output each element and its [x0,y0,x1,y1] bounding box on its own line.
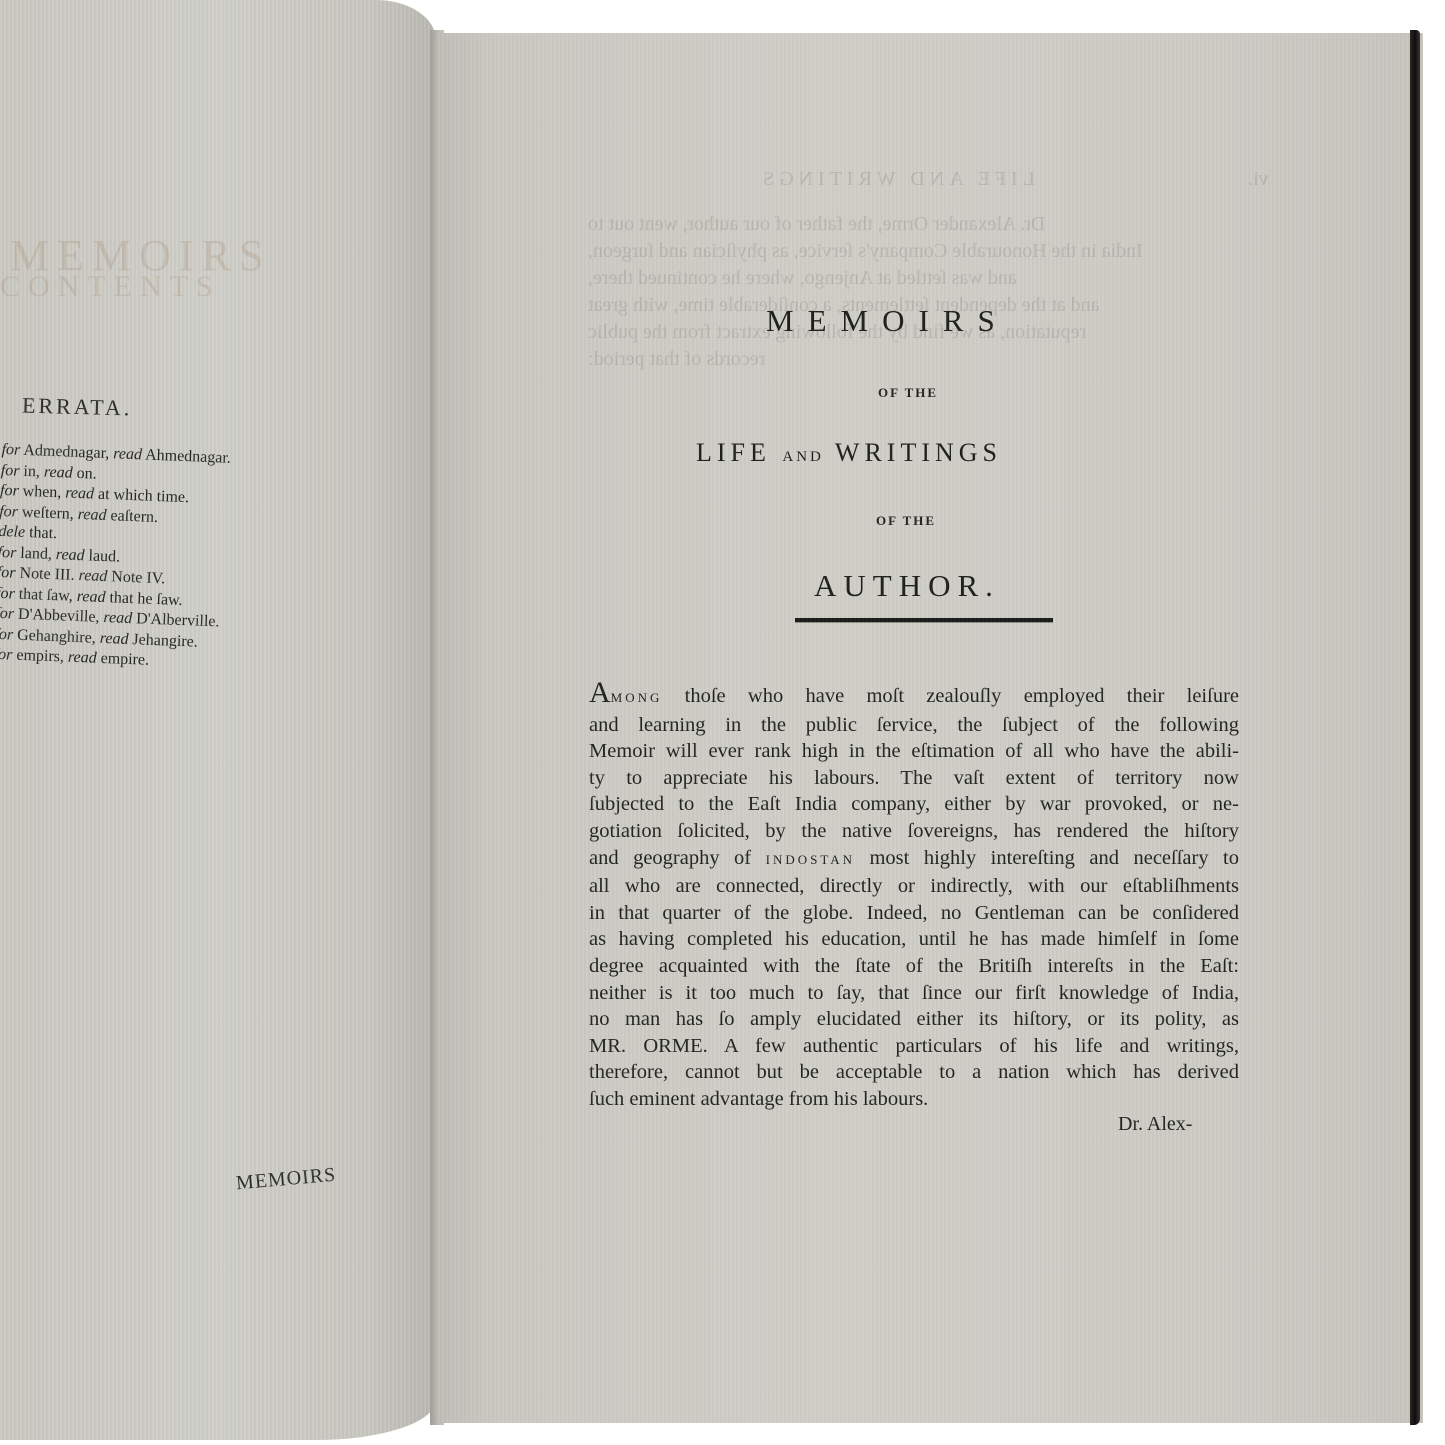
drop-cap: A [589,676,611,709]
bleed-through-line: and was ſettled at Anjengo, where he con… [588,267,1017,290]
body-line: degree acquainted with the ſtate of the … [589,953,1239,980]
title-author: AUTHOR. [814,568,1000,604]
mr-orme-smallcaps: MR. ORME. [589,1035,708,1057]
errata-list: for Admednagar, read Ahmednagar. for in,… [0,440,231,674]
title-life-and-writings: LIFE AND WRITINGS [696,438,1002,468]
body-line: gotiation ſolicited, by the native ſover… [589,818,1239,845]
title-rule [795,618,1053,622]
body-line: in that quarter of the globe. Indeed, no… [589,900,1239,927]
book-cover-edge [1410,30,1420,1425]
body-line: ſubjected to the Eaſt India company, eit… [589,791,1239,818]
bleed-through-subtitle: CONTENTS [0,270,221,304]
catchword-left: MEMOIRS [235,1164,337,1196]
body-line: all who are connected, directly or indir… [589,873,1239,900]
body-line: no man has ſo amply elucidated either it… [589,1006,1239,1033]
body-line: Memoir will ever rank high in the eſtima… [589,738,1239,765]
title-of-the: OF THE [878,385,938,401]
body-line: ſuch eminent advantage from his labours. [589,1086,1239,1113]
body-line: and learning in the public ſervice, the … [589,712,1239,739]
body-line: neither is it too much to ſay, that ſinc… [589,980,1239,1007]
bleed-through-line: Dr. Alexander Orme, the father of our au… [588,213,1045,236]
left-page: MEMOIRS CONTENTS ERRATA. for Admednagar,… [0,0,436,1440]
body-line: as having completed his education, until… [589,926,1239,953]
indostan-smallcaps: INDOSTAN [766,852,855,867]
body-line: MR. ORME. A few authentic particulars of… [589,1033,1239,1060]
bleed-through-line: India in the Honourable Company's ſervic… [588,240,1143,263]
memoir-body-paragraph: AMONG thoſe who have moſt zealouſly empl… [589,680,1239,1113]
title-memoirs: MEMOIRS [766,303,1009,339]
errata-title: ERRATA. [22,393,133,422]
bleed-through-line: records of that period: [588,348,765,371]
catchword-right: Dr. Alex- [1118,1113,1192,1136]
bleed-through-page-number: vi. [1248,168,1269,191]
title-of-the: OF THE [876,513,936,529]
body-line: and geography of INDOSTAN most highly in… [589,845,1239,874]
body-line: AMONG thoſe who have moſt zealouſly empl… [589,680,1239,712]
bleed-through-running-head: LIFE AND WRITINGS [758,168,1035,191]
body-line: ty to appreciate his labours. The vaſt e… [589,765,1239,792]
body-line: therefore, cannot but be acceptable to a… [589,1059,1239,1086]
right-page: LIFE AND WRITINGS vi. Dr. Alexander Orme… [438,33,1423,1423]
